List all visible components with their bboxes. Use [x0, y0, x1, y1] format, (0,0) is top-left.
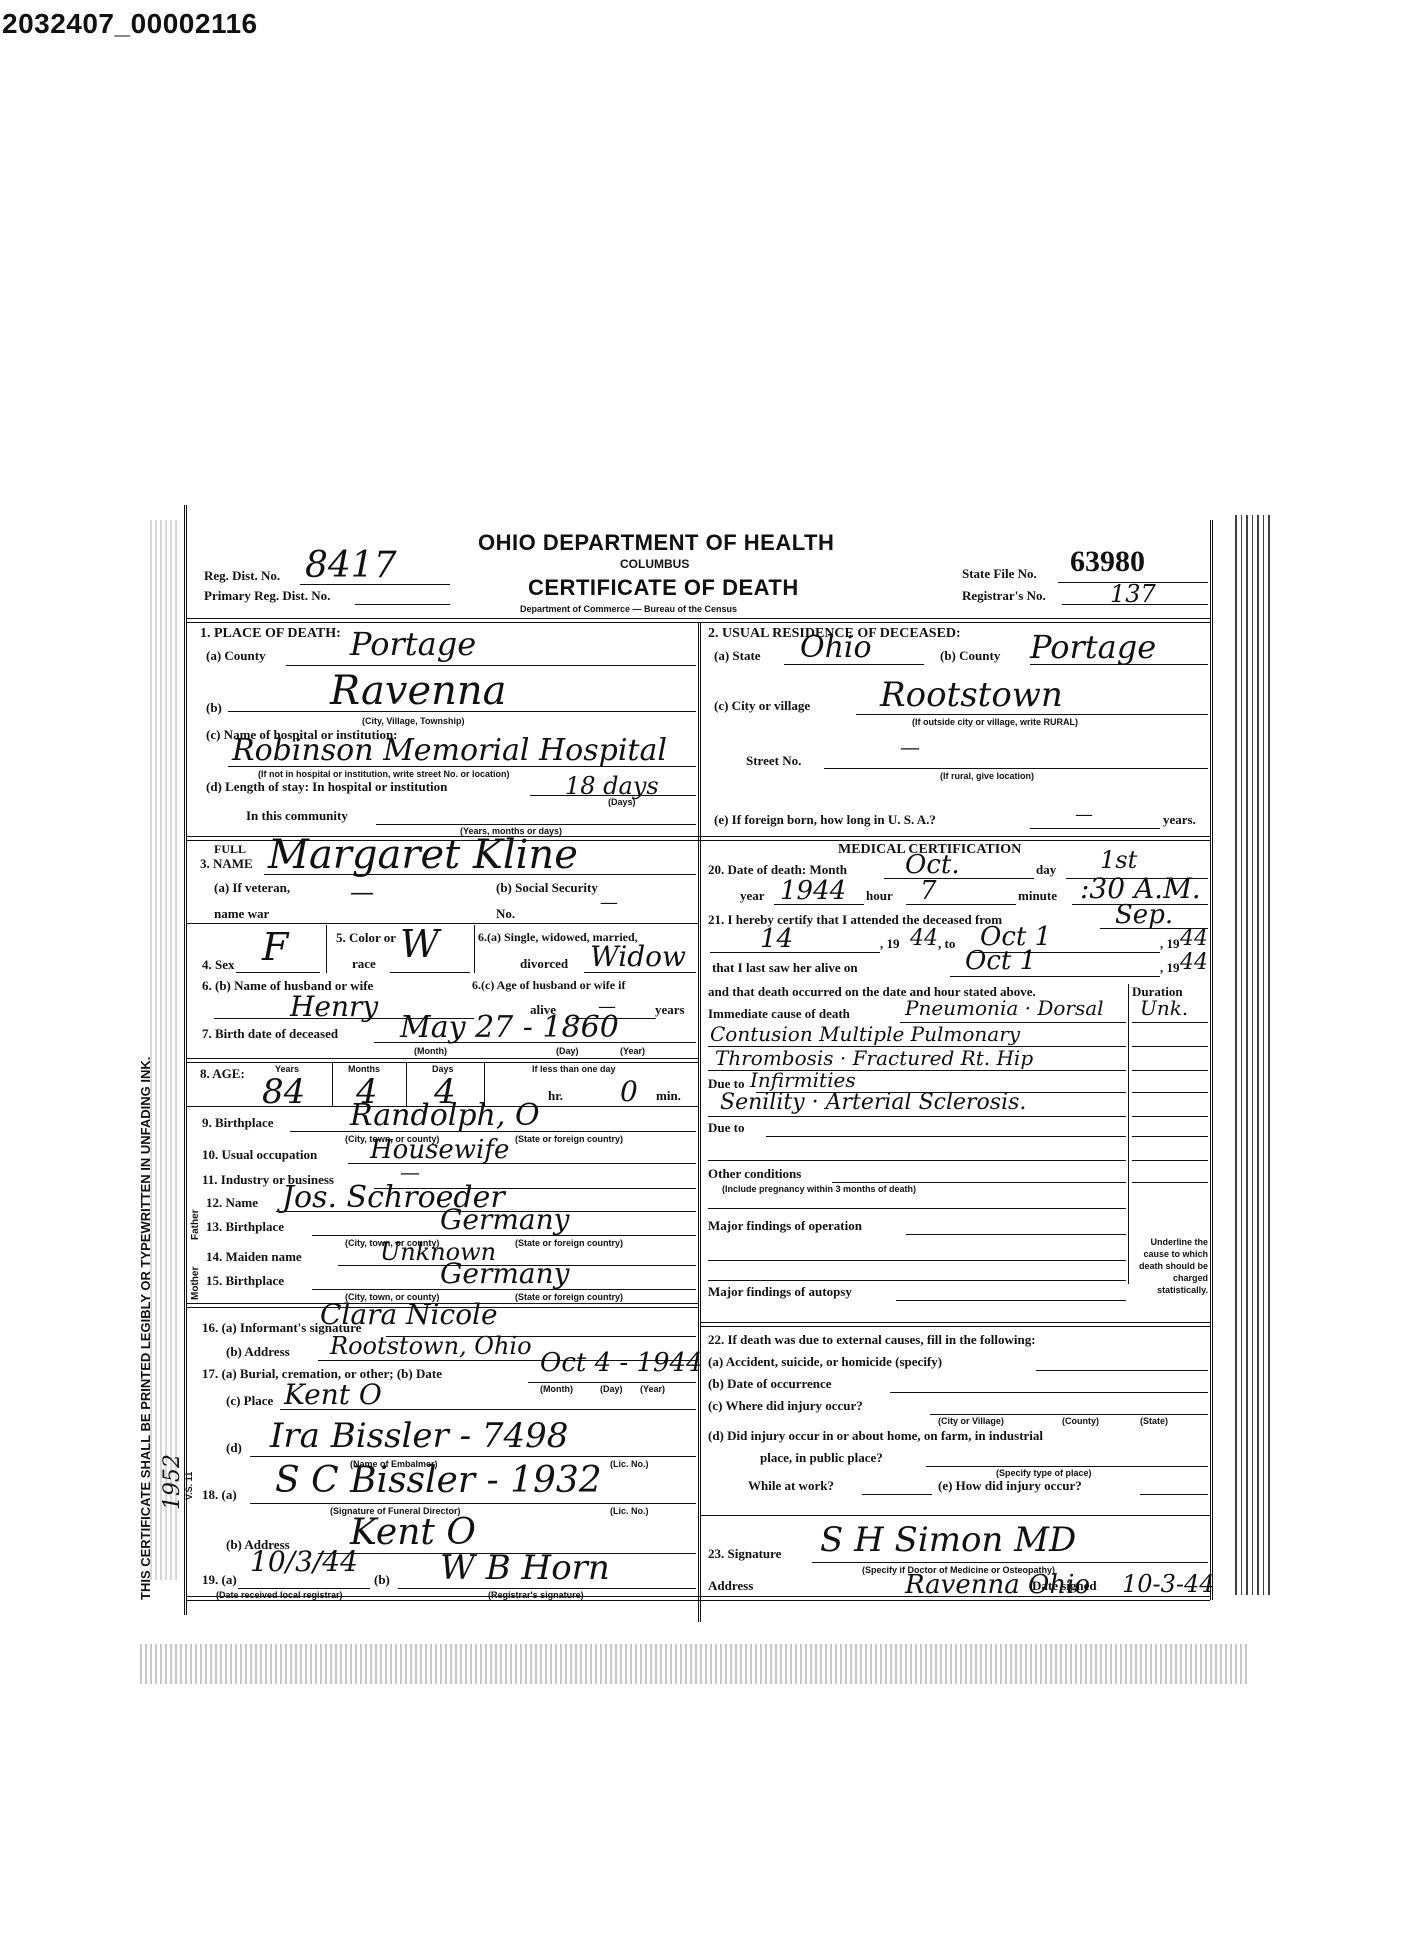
signature-value: S H Simon MD	[820, 1520, 1076, 1560]
external-e-label: (e) How did injury occur?	[938, 1478, 1082, 1494]
immediate-cause-value-2: Contusion Multiple Pulmonary	[710, 1022, 1020, 1046]
last-saw-year-prefix: , 19	[1160, 960, 1180, 976]
birth-month-sub: (Month)	[414, 1046, 447, 1056]
registrar-date-line	[238, 1588, 370, 1589]
birth-day-sub: (Day)	[556, 1046, 579, 1056]
occupation-value: Housewife	[370, 1135, 509, 1165]
death-city-value: Ravenna	[330, 668, 507, 714]
attended-from-month: Sep.	[1115, 900, 1173, 930]
underline-note: Underline the cause to which death shoul…	[1132, 1236, 1208, 1296]
father-birthplace-value: Germany	[440, 1203, 569, 1236]
embalmer-value: Ira Bissler - 7498	[270, 1416, 568, 1456]
due-to-value-2: Senility · Arterial Sclerosis.	[720, 1090, 1026, 1115]
external-c-sub-1: (City or Village)	[938, 1416, 1004, 1426]
foreign-born-label: (e) If foreign born, how long in U. S. A…	[714, 812, 936, 828]
primary-reg-dist-line	[355, 604, 450, 605]
director-value: S C Bissler - 1932	[275, 1460, 602, 1501]
operation-label: Major findings of operation	[708, 1218, 862, 1234]
external-c-line	[930, 1414, 1208, 1415]
burial-month-sub: (Month)	[540, 1384, 573, 1394]
certificate-title: CERTIFICATE OF DEATH	[528, 575, 799, 601]
page-stack-edge	[1235, 515, 1273, 1595]
duration-line-5	[1132, 1116, 1208, 1117]
external-b-line	[890, 1392, 1208, 1393]
last-saw-label: that I last saw her alive on	[712, 960, 858, 976]
full-name-label-2: 3. NAME	[200, 856, 253, 872]
foreign-born-value: —	[1075, 804, 1093, 825]
marital-label-2: divorced	[520, 956, 568, 972]
operation-line-2	[708, 1260, 1126, 1261]
operation-line-3	[708, 1280, 1126, 1281]
place-of-death-heading: 1. PLACE OF DEATH:	[200, 626, 341, 642]
autopsy-label: Major findings of autopsy	[708, 1284, 852, 1300]
attended-to-year-prefix: , 19	[1160, 936, 1180, 952]
veteran-label-1: (a) If veteran,	[214, 880, 290, 896]
registrar-no-label: Registrar's No.	[962, 588, 1046, 604]
attended-from-year: 44	[910, 926, 938, 951]
age-less-label: If less than one day	[532, 1064, 616, 1074]
mother-birthplace-label: 15. Birthplace	[206, 1273, 284, 1289]
autopsy-line	[896, 1300, 1126, 1301]
due-to-value-1: Infirmities	[750, 1068, 856, 1092]
death-hour-label: hour	[866, 888, 893, 904]
ssn-label-1: (b) Social Security	[496, 880, 598, 896]
date-signed-label: Date signed	[1032, 1578, 1097, 1594]
res-city-sub: (If outside city or village, write RURAL…	[912, 717, 1078, 727]
marital-value: Widow	[590, 940, 686, 973]
res-city-label: (c) City or village	[714, 698, 810, 714]
duration-value: Unk.	[1140, 996, 1188, 1020]
registrar-label: 19. (a)	[202, 1572, 237, 1588]
death-city-label: (b)	[206, 700, 222, 716]
full-name-value: Margaret Kline	[268, 832, 578, 878]
attended-from-day: 14	[760, 924, 793, 954]
external-heading: 22. If death was due to external causes,…	[708, 1332, 1036, 1348]
race-value: W	[400, 922, 439, 966]
foreign-born-unit: years.	[1163, 812, 1196, 828]
signature-line	[812, 1562, 1208, 1563]
scan-noise-left	[150, 520, 178, 1580]
city-label: COLUMBUS	[620, 557, 689, 571]
immediate-cause-value-1: Pneumonia · Dorsal	[905, 996, 1104, 1020]
registrar-sig-label: (b)	[374, 1572, 390, 1588]
external-d-line	[926, 1466, 1208, 1467]
agency-title: OHIO DEPARTMENT OF HEALTH	[478, 530, 834, 556]
reg-dist-value: 8417	[305, 545, 397, 586]
bureau-subtitle: Department of Commerce — Bureau of the C…	[520, 604, 737, 614]
community-label: In this community	[246, 808, 348, 824]
street-line	[824, 768, 1208, 769]
father-name-label: 12. Name	[206, 1195, 258, 1211]
signature-address-label: Address	[708, 1578, 753, 1594]
center-divider	[698, 622, 701, 1622]
attended-to-year: 44	[1180, 926, 1208, 951]
last-saw-year: 44	[1180, 950, 1208, 975]
external-d-label-1: (d) Did injury occur in or about home, o…	[708, 1428, 1043, 1444]
age-divider-1	[332, 1062, 333, 1106]
death-county-label: (a) County	[206, 648, 266, 664]
mother-bracket-label: Mother	[190, 1267, 201, 1300]
street-sub: (If rural, give location)	[940, 771, 1034, 781]
registrar-sig-line	[398, 1588, 696, 1589]
race-line	[390, 972, 470, 973]
external-c-label: (c) Where did injury occur?	[708, 1398, 863, 1414]
reg-dist-label: Reg. Dist. No.	[204, 568, 280, 584]
birth-date-value: May 27 - 1860	[400, 1010, 619, 1045]
spouse-age-unit: years	[655, 1002, 685, 1018]
foreign-born-line	[1030, 828, 1160, 829]
other-conditions-line-2	[708, 1208, 1126, 1209]
res-county-value: Portage	[1030, 628, 1156, 666]
duration-line-2	[1132, 1046, 1208, 1047]
stay-label: (d) Length of stay: In hospital or insti…	[206, 779, 447, 795]
attended-to-label: , to	[938, 936, 955, 952]
embalmer-label: (d)	[226, 1440, 242, 1456]
burial-date-line	[528, 1382, 696, 1383]
birthplace-sub-2: (State or foreign country)	[515, 1134, 623, 1144]
mother-birthplace-sub-2: (State or foreign country)	[515, 1292, 623, 1302]
director-line	[250, 1503, 696, 1504]
sex-label: 4. Sex	[202, 957, 235, 973]
age-label: 8. AGE:	[200, 1066, 245, 1082]
duration-line-1	[1132, 1022, 1208, 1023]
side-handwritten: 1952	[160, 1454, 185, 1510]
external-e-line	[1140, 1494, 1208, 1495]
hospital-value: Robinson Memorial Hospital	[232, 733, 667, 768]
stay-value: 18 days	[565, 772, 659, 800]
death-hour-value: 7	[920, 876, 937, 906]
embalmer-line	[250, 1456, 696, 1457]
while-at-work-label: While at work?	[748, 1478, 834, 1494]
birthplace-value: Randolph, O	[350, 1098, 540, 1133]
death-county-line	[286, 665, 696, 666]
informant-address-value: Rootstown, Ohio	[330, 1332, 532, 1360]
director-label: 18. (a)	[202, 1487, 237, 1503]
scan-noise-bottom	[140, 1644, 1250, 1684]
personal-divider-1	[186, 923, 698, 924]
birthplace-label: 9. Birthplace	[202, 1115, 274, 1131]
res-state-label: (a) State	[714, 648, 761, 664]
other-conditions-sub: (Include pregnancy within 3 months of de…	[722, 1184, 916, 1194]
external-c-sub-2: (County)	[1062, 1416, 1099, 1426]
birth-date-label: 7. Birth date of deceased	[202, 1026, 338, 1042]
veteran-label-2: name war	[214, 906, 269, 922]
burial-day-sub: (Day)	[600, 1384, 623, 1394]
duration-line-6	[1132, 1136, 1208, 1137]
race-marital-divider	[474, 925, 475, 973]
while-at-work-line	[862, 1494, 932, 1495]
duration-line-8	[1132, 1182, 1208, 1183]
form-bottom-border	[186, 1596, 1210, 1601]
age-min-label: min.	[656, 1088, 681, 1104]
veteran-value: —	[350, 878, 374, 906]
attended-year-prefix: , 19	[880, 936, 900, 952]
duration-line-4	[1132, 1092, 1208, 1093]
immediate-cause-value-3: Thrombosis · Fractured Rt. Hip	[715, 1046, 1033, 1070]
mother-maiden-label: 14. Maiden name	[206, 1249, 302, 1265]
sex-line	[236, 972, 320, 973]
age-hr-value: 0	[620, 1075, 638, 1108]
registrar-sig-value: W B Horn	[440, 1548, 610, 1588]
street-label: Street No.	[746, 753, 801, 769]
sex-value: F	[262, 925, 288, 969]
immediate-cause-label: Immediate cause of death	[708, 1006, 850, 1022]
last-saw-value: Oct 1	[965, 946, 1036, 976]
stay-sub: (Days)	[608, 797, 636, 807]
death-year-value: 1944	[780, 876, 846, 906]
ssn-label-2: No.	[496, 906, 515, 922]
burial-year-sub: (Year)	[640, 1384, 665, 1394]
burial-place-label: (c) Place	[226, 1393, 273, 1409]
community-line	[376, 824, 696, 825]
res-state-value: Ohio	[800, 630, 872, 665]
race-label-2: race	[352, 956, 376, 972]
father-birthplace-label: 13. Birthplace	[206, 1219, 284, 1235]
primary-reg-dist-label: Primary Reg. Dist. No.	[204, 588, 330, 604]
document-id: 2032407_00002116	[2, 8, 258, 40]
burial-place-value: Kent O	[284, 1378, 382, 1411]
age-hr-label: hr.	[548, 1088, 563, 1104]
state-file-value: 63980	[1070, 545, 1145, 579]
director-address-value: Kent O	[350, 1512, 476, 1553]
mother-birthplace-value: Germany	[440, 1257, 569, 1290]
external-divider	[700, 1515, 1210, 1516]
father-birthplace-sub-2: (State or foreign country)	[515, 1238, 623, 1248]
due-to-line-2	[766, 1136, 1126, 1137]
race-label-1: 5. Color or	[336, 930, 396, 946]
external-a-label: (a) Accident, suicide, or homicide (spec…	[708, 1354, 942, 1370]
external-a-line	[1036, 1370, 1208, 1371]
external-b-label: (b) Date of occurrence	[708, 1376, 832, 1392]
death-day-value: 1st	[1100, 846, 1137, 874]
operation-line	[906, 1234, 1126, 1235]
res-city-value: Rootstown	[880, 675, 1063, 715]
informant-address-label: (b) Address	[226, 1344, 290, 1360]
sex-race-divider	[326, 925, 327, 973]
embalmer-lic-sub: (Lic. No.)	[610, 1459, 649, 1469]
death-year-label: year	[740, 888, 765, 904]
certify-label: 21. I hereby certify that I attended the…	[708, 912, 1002, 928]
registrar-date-value: 10/3/44	[250, 1545, 358, 1578]
death-county-value: Portage	[350, 625, 476, 663]
date-signed-value: 10-3-44	[1122, 1570, 1215, 1598]
death-day-label: day	[1036, 862, 1056, 878]
personal-divider-2	[186, 1058, 698, 1063]
full-name-label-1: FULL	[214, 842, 246, 857]
father-bracket-label: Father	[190, 1209, 201, 1240]
state-file-label: State File No.	[962, 566, 1037, 582]
director-lic-sub: (Lic. No.)	[610, 1506, 649, 1516]
due-to-label-2: Due to	[708, 1120, 744, 1136]
external-d-label-2: place, in public place?	[760, 1450, 883, 1466]
death-city-sub: (City, Village, Township)	[362, 716, 465, 726]
duration-column-divider	[1128, 984, 1129, 1284]
other-conditions-line	[832, 1182, 1126, 1183]
res-county-label: (b) County	[940, 648, 1000, 664]
external-d-sub: (Specify type of place)	[996, 1468, 1092, 1478]
birth-year-sub: (Year)	[620, 1046, 645, 1056]
hospital-sub: (If not in hospital or institution, writ…	[258, 769, 510, 779]
occupation-label: 10. Usual occupation	[202, 1147, 317, 1163]
street-value: —	[900, 735, 920, 759]
ssn-value: —	[600, 892, 618, 913]
external-c-sub-3: (State)	[1140, 1416, 1168, 1426]
other-conditions-label: Other conditions	[708, 1166, 801, 1182]
medical-divider	[700, 1322, 1210, 1327]
last-saw-line	[950, 976, 1160, 977]
attended-day-line	[710, 952, 880, 953]
duration-line-3	[1132, 1070, 1208, 1071]
registrar-no-value: 137	[1110, 580, 1156, 608]
informant-value: Clara Nicole	[320, 1298, 498, 1331]
duration-line-7	[1132, 1160, 1208, 1161]
death-minute-label: minute	[1018, 888, 1057, 904]
spouse-age-label-1: 6.(c) Age of husband or wife if	[472, 978, 625, 993]
due-to-line-2b	[708, 1160, 1126, 1161]
form-right-border	[1210, 520, 1213, 1600]
burial-date-value: Oct 4 - 1944	[540, 1348, 703, 1378]
signature-label: 23. Signature	[708, 1546, 781, 1562]
due-to-line-1b	[708, 1116, 1126, 1117]
